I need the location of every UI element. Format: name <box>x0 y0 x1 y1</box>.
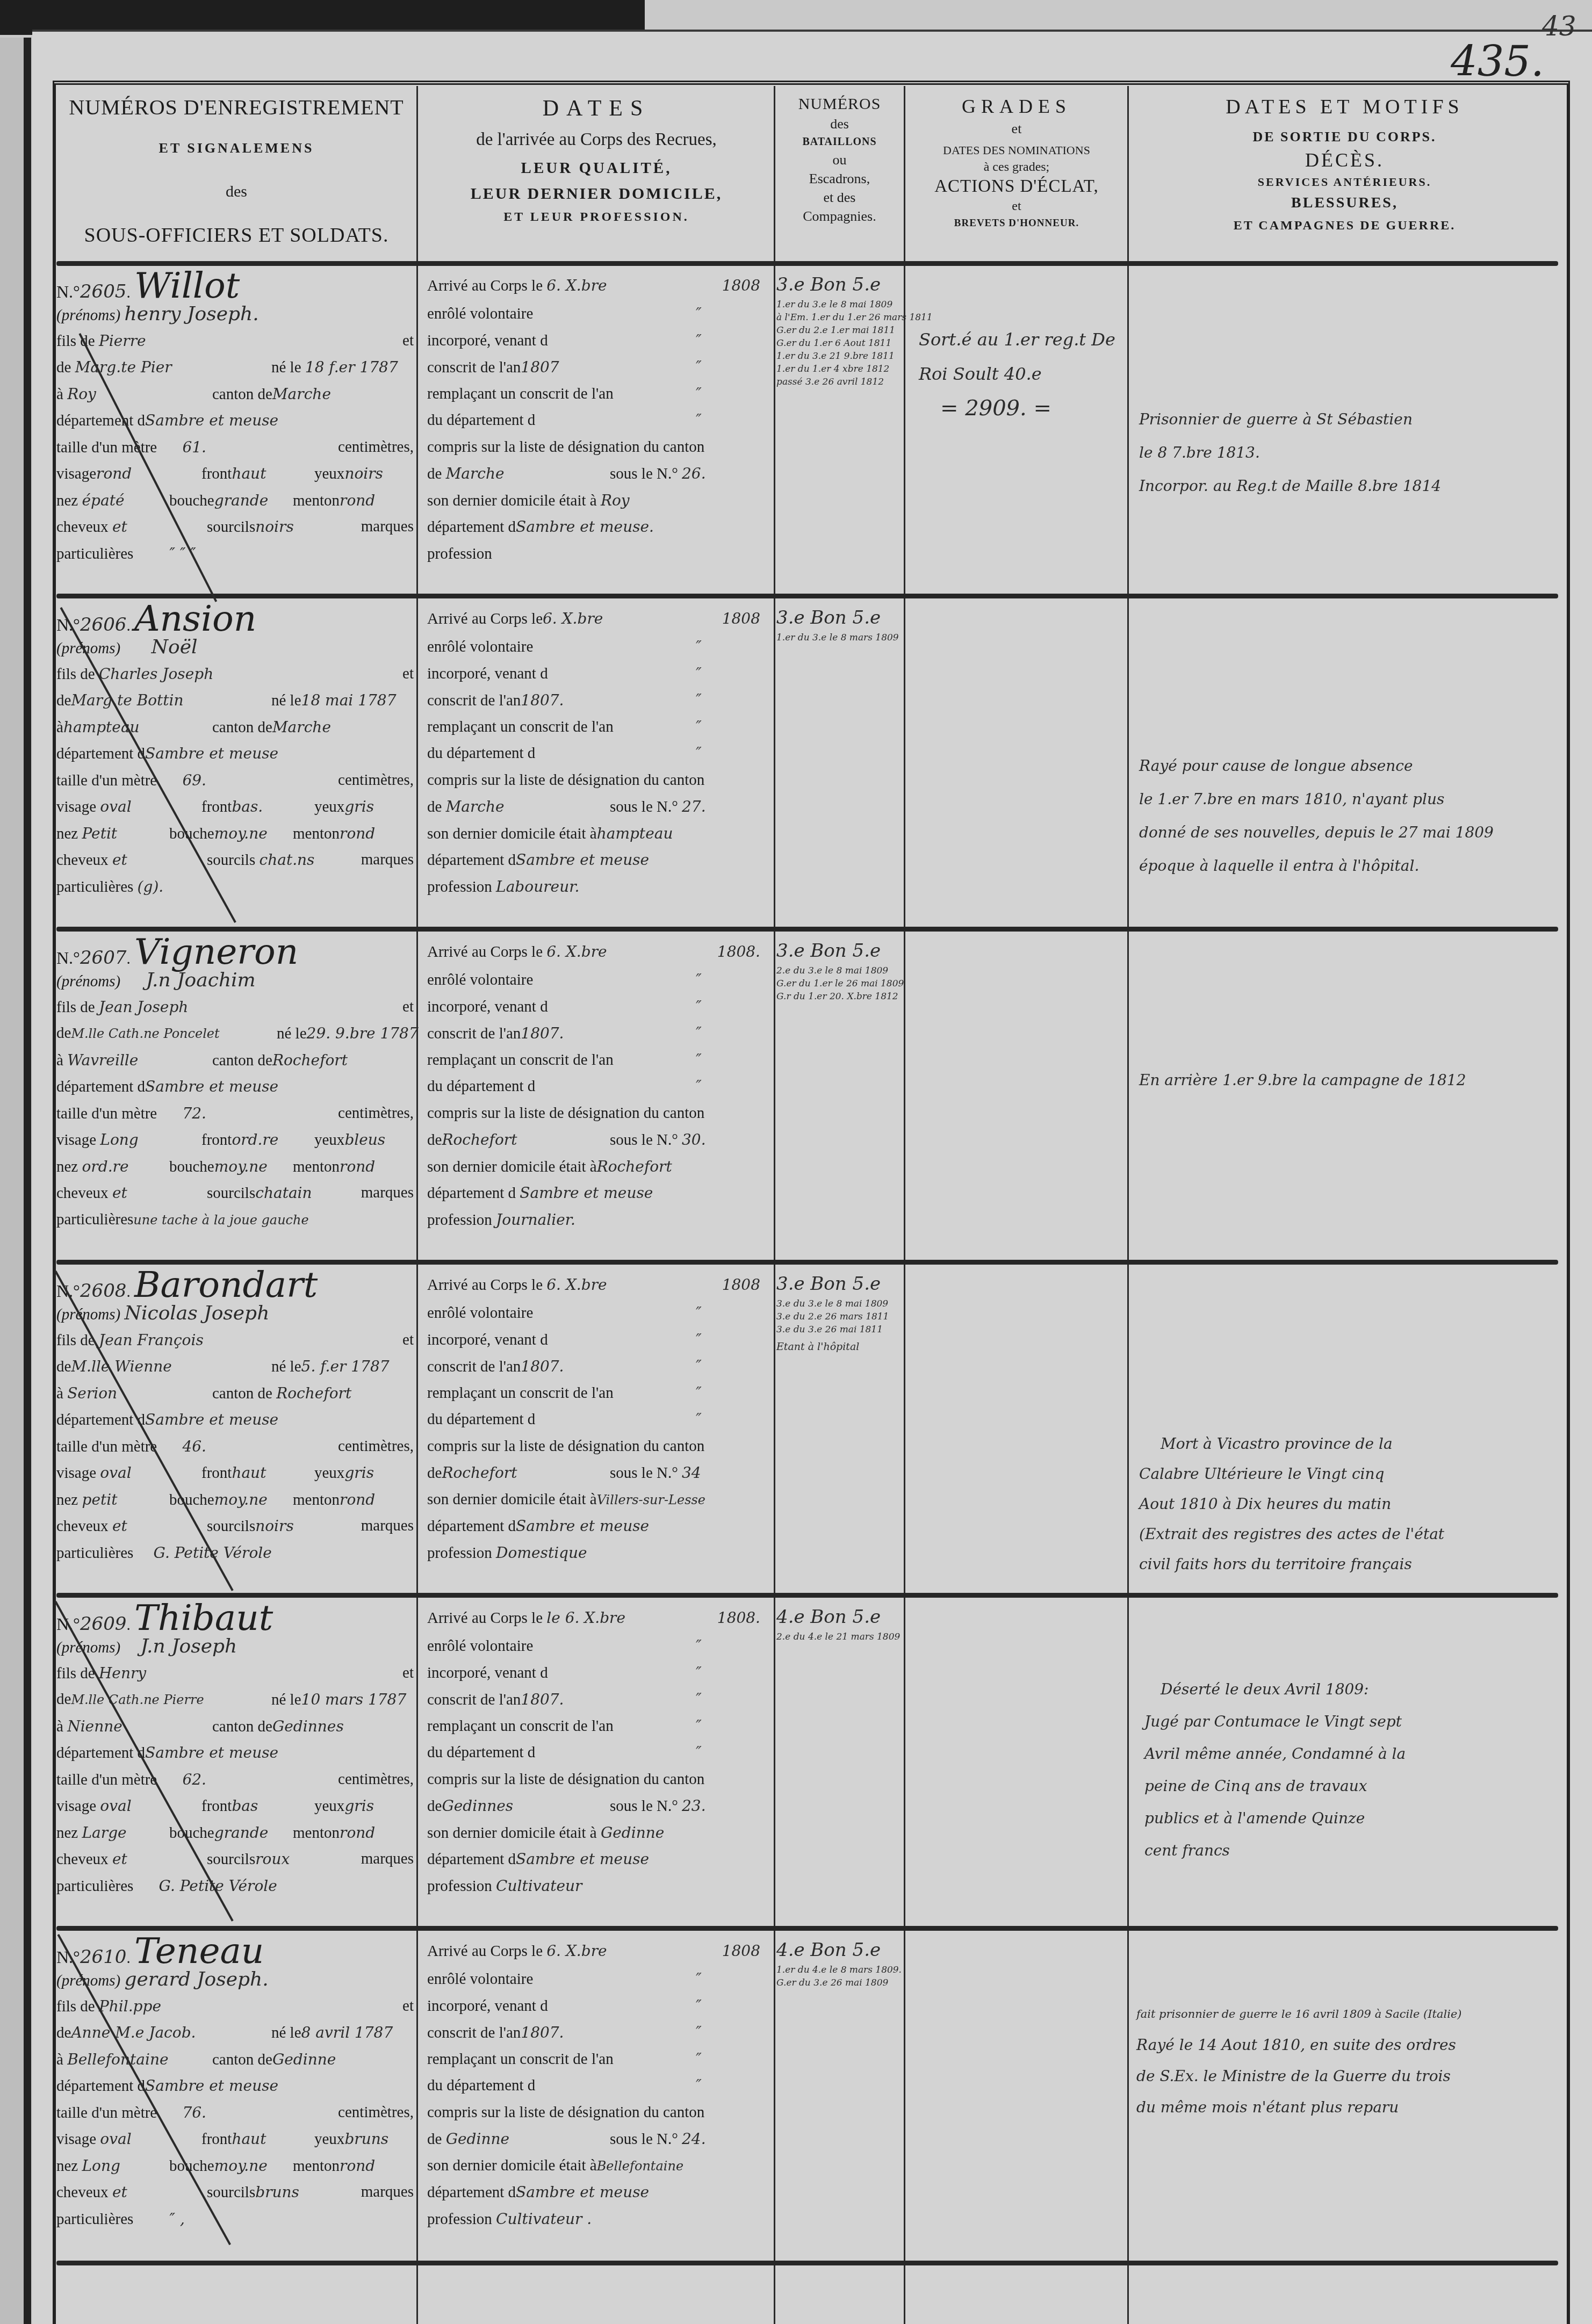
battalion-note: 1.er du 4.e le 8 mars 1809. <box>776 1964 903 1976</box>
label: yeux <box>314 1131 344 1149</box>
list-canton: Rochefort <box>442 1131 517 1149</box>
birthplace: Wavreille <box>67 1051 138 1069</box>
ditto-mark: ″ <box>696 967 702 994</box>
conscript-year: 1807. <box>521 691 564 709</box>
label: particulières <box>56 1211 133 1228</box>
face: Long <box>100 1131 138 1149</box>
face: oval <box>100 2130 131 2148</box>
label: centimètres, <box>338 434 414 461</box>
domicile-department: Sambre et meuse <box>516 1850 649 1868</box>
registration-number: 2608 <box>80 1280 127 1302</box>
eyes: gris <box>344 1797 374 1815</box>
page-number: 435. <box>1451 38 1544 86</box>
label: du département d <box>427 745 535 762</box>
entry-separator <box>56 2261 1558 2265</box>
header-text: LEUR DERNIER DOMICILE, <box>422 181 771 207</box>
label: conscrit de l'an <box>427 1025 521 1042</box>
label: front <box>201 1464 232 1482</box>
label: incorporé, venant d <box>427 1331 548 1348</box>
label: nez <box>56 825 78 842</box>
distinguishing-marks: (g). <box>138 878 164 896</box>
label: conscrit de l'an <box>427 692 521 709</box>
label: nez <box>56 492 78 509</box>
ditto-mark: ″ <box>696 1713 702 1740</box>
grade-note: = 2909. = <box>919 391 1136 425</box>
battalion-note: 3.e du 3.e le 8 mai 1809 <box>776 1297 903 1310</box>
header-text: GRADES <box>907 94 1126 119</box>
label: N.° <box>56 1281 80 1301</box>
birth-date: 18 mai 1787 <box>301 691 397 709</box>
department: Sambre et meuse <box>145 1078 278 1095</box>
label: front <box>201 465 232 482</box>
forehead: bas <box>232 1797 258 1815</box>
ditto-mark: ″ <box>696 661 702 688</box>
remark-line: (Extrait des registres des actes de l'ét… <box>1139 1519 1564 1549</box>
label: taille d'un mètre <box>56 1771 157 1788</box>
entry-separator <box>56 1926 1558 1931</box>
father-name: Pierre <box>99 332 146 350</box>
battalion-note: 3.e du 2.e 26 mars 1811 <box>776 1310 903 1323</box>
label: marques <box>361 2179 414 2206</box>
label: sous le N.° <box>610 1798 678 1815</box>
header-text: SERVICES ANTÉRIEURS. <box>1131 172 1558 191</box>
remark-line: Aout 1810 à Dix heures du matin <box>1139 1489 1564 1519</box>
remark-line: Déserté le deux Avril 1809: <box>1144 1673 1569 1706</box>
label: bouche <box>169 2157 214 2175</box>
arrival-date: le 6. X.bre <box>546 1609 625 1627</box>
label: bouche <box>169 492 214 509</box>
ditto-mark: ″ <box>696 994 702 1021</box>
label: centimètres, <box>338 2099 414 2126</box>
label: bouche <box>169 1158 214 1175</box>
label: particulières <box>56 2211 133 2228</box>
label: yeux <box>314 1464 344 1482</box>
label: Arrivé au Corps le <box>427 1276 543 1294</box>
label: enrôlé volontaire <box>427 971 533 988</box>
canton: Gedinne <box>272 2051 336 2068</box>
label: cheveux <box>56 518 109 536</box>
mother-name: M.lle Cath.ne Pierre <box>71 1692 204 1707</box>
label: et <box>402 1660 414 1687</box>
arrival-details: Arrivé au Corps le 6. X.bre1808 enrôlé v… <box>427 1934 771 2232</box>
chin: rond <box>340 1491 375 1509</box>
label: conscrit de l'an <box>427 2024 521 2041</box>
arrival-details: Arrivé au Corps le 6. X.bre1808 enrôlé v… <box>427 1268 771 1566</box>
label: de <box>56 692 71 709</box>
grade-note: Sort.é au 1.er reg.t De <box>919 322 1136 357</box>
label: N.° <box>56 948 80 968</box>
eyes: bruns <box>344 2130 388 2148</box>
header-text: à ces grades; <box>907 158 1126 176</box>
label: compris sur la liste de désignation du c… <box>427 1438 704 1455</box>
label: de <box>427 2131 442 2148</box>
father-name: Charles Joseph <box>99 665 213 683</box>
label: N.° <box>56 615 80 634</box>
remark-line: publics et à l'amende Quinze <box>1144 1802 1569 1835</box>
label: de <box>56 1024 71 1042</box>
label: particulières <box>56 878 133 896</box>
ditto-mark: ″ <box>696 1686 702 1713</box>
department: Sambre et meuse <box>145 745 278 762</box>
label: sourcils <box>207 2184 255 2201</box>
remark-line: Jugé par Contumace le Vingt sept <box>1144 1706 1569 1738</box>
label: profession <box>427 1544 492 1562</box>
label: et <box>402 661 414 688</box>
ditto-mark: ″ <box>696 1300 702 1327</box>
exit-remarks: fait prisonnier de guerre le 16 avril 18… <box>1134 1998 1561 2123</box>
conscript-year: 1807. <box>521 2024 564 2041</box>
label: de <box>427 798 442 815</box>
label: profession <box>427 1878 492 1895</box>
department: Sambre et meuse <box>145 1744 278 1762</box>
register-entry: N.°2606. Ansion (prénoms) Noël fils de C… <box>0 602 1592 924</box>
eyebrows: noirs <box>255 518 294 536</box>
battalion-note: 1.er du 3.e le 8 mai 1809 <box>776 298 903 311</box>
label: Arrivé au Corps le <box>427 277 543 294</box>
ditto-mark: ″ <box>696 687 702 714</box>
birth-date: 5. f.er 1787 <box>301 1358 390 1375</box>
label: et <box>402 1327 414 1354</box>
given-names: Noël <box>151 636 197 658</box>
label: Arrivé au Corps le <box>427 943 543 961</box>
list-canton: Marche <box>446 798 505 815</box>
label: nez <box>56 1824 78 1842</box>
label: département d <box>56 1744 145 1762</box>
label: de <box>56 2024 71 2041</box>
birth-date: 29. 9.bre 1787 <box>307 1024 419 1042</box>
canton: Marche <box>272 385 331 403</box>
remark-line: Avril même année, Condamné à la <box>1144 1738 1569 1770</box>
header-text: DÉCÈS. <box>1131 148 1558 172</box>
canton: Gedinnes <box>272 1717 344 1735</box>
conscript-year: 1807 <box>521 358 559 376</box>
header-text: ET CAMPAGNES DE GUERRE. <box>1131 215 1558 236</box>
header-text: NUMÉROS <box>776 94 903 114</box>
list-number: 30. <box>682 1131 706 1149</box>
distinguishing-marks: une tache à la joue gauche <box>133 1212 308 1228</box>
remark-line: Calabre Ultérieure le Vingt cinq <box>1139 1459 1564 1489</box>
label: du département d <box>427 1411 535 1428</box>
birthplace: Bellefontaine <box>67 2051 168 2068</box>
remark-line: peine de Cinq ans de travaux <box>1144 1770 1569 1802</box>
battalion-note: 2.e du 3.e le 8 mai 1809 <box>776 964 903 977</box>
profession: Cultivateur . <box>496 2210 592 2228</box>
label: de <box>427 1464 442 1482</box>
last-domicile: Villers-sur-Lesse <box>597 1492 705 1507</box>
father-name: Henry <box>99 1664 146 1682</box>
soldier-description: N.°2605. Willot (prénoms) henry Joseph. … <box>56 269 414 567</box>
label: marques <box>361 847 414 874</box>
ditto-mark: ″ <box>696 2019 702 2046</box>
battalion-info: 3.e Bon 5.e 3.e du 3.e le 8 mai 1809 3.e… <box>776 1271 903 1353</box>
last-domicile: Rochefort <box>597 1158 672 1175</box>
list-number: 24. <box>682 2130 706 2148</box>
face: rond <box>96 465 132 482</box>
label: enrôlé volontaire <box>427 305 533 322</box>
register-entry: N.°2609. Thibaut (prénoms) J.n Joseph fi… <box>0 1601 1592 1923</box>
label: à <box>56 1718 63 1735</box>
label: Arrivé au Corps le <box>427 1610 543 1627</box>
arrival-date: 6. X.bre <box>546 277 607 294</box>
height-cm: 69. <box>182 771 206 789</box>
label: incorporé, venant d <box>427 998 548 1015</box>
height-cm: 62. <box>182 1771 206 1788</box>
registration-number: 2605 <box>80 281 127 302</box>
remark-line: Incorpor. au Reg.t de Maille 8.bre 1814 <box>1139 470 1564 503</box>
label: incorporé, venant d <box>427 1664 548 1681</box>
battalion-info: 3.e Bon 5.e 2.e du 3.e le 8 mai 1809 G.e… <box>776 937 903 1003</box>
battalion-company: 3.e Bon 5.e <box>776 271 903 298</box>
label: nez <box>56 2157 78 2175</box>
arrival-year: 1808 <box>722 269 760 303</box>
label: sourcils <box>207 1185 255 1202</box>
list-canton: Gedinne <box>446 2130 509 2148</box>
header-text: ET LEUR PROFESSION. <box>422 207 771 227</box>
entry-separator <box>56 594 1558 598</box>
label: conscrit de l'an <box>427 359 521 376</box>
battalion-company: 3.e Bon 5.e <box>776 937 903 964</box>
label: à <box>56 719 63 736</box>
battalion-company: 3.e Bon 5.e <box>776 604 903 631</box>
eyebrows: roux <box>255 1850 290 1868</box>
battalion-note: G.er du 2.e 1.er mai 1811 <box>776 324 903 337</box>
header-text: ET SIGNALEMENS <box>59 137 414 160</box>
surname: Thibaut <box>134 1597 273 1639</box>
label: compris sur la liste de désignation du c… <box>427 1105 704 1122</box>
ditto-mark: ″ <box>696 1406 702 1433</box>
label: né le <box>271 2024 301 2041</box>
forehead: haut <box>232 2130 266 2148</box>
mother-name: Marg.te Pier <box>75 358 172 376</box>
label: enrôlé volontaire <box>427 1304 533 1322</box>
label: profession <box>427 878 492 896</box>
given-names: J.n Joachim <box>146 969 255 991</box>
label: nez <box>56 1491 78 1509</box>
ditto-mark: ″ <box>696 407 702 434</box>
label: du département d <box>427 1744 535 1761</box>
label: front <box>201 1131 232 1149</box>
registration-number: 2610 <box>80 1946 127 1968</box>
ditto-mark: ″ <box>696 1020 702 1047</box>
header-text: Compagnies. <box>776 207 903 226</box>
register-entry: N.°2605. Willot (prénoms) henry Joseph. … <box>0 269 1592 591</box>
ditto-mark: ″ <box>696 1073 702 1100</box>
header-text: et <box>907 198 1126 215</box>
label: centimètres, <box>338 1433 414 1460</box>
arrival-year: 1808 <box>722 602 760 636</box>
ditto-mark: ″ <box>696 381 702 408</box>
battalion-note: 1.er du 3.e 21 9.bre 1811 <box>776 350 903 363</box>
label: compris sur la liste de désignation du c… <box>427 1771 704 1788</box>
mother-name: Marg.te Bottin <box>71 691 183 709</box>
forehead: ord.re <box>232 1131 278 1149</box>
label: canton de <box>212 719 272 736</box>
given-names: J.n Joseph <box>140 1635 237 1657</box>
nose: ord.re <box>82 1158 129 1175</box>
battalion-note: 1.er du 3.e le 8 mars 1809 <box>776 631 903 644</box>
exit-remarks: Rayé pour cause de longue absence le 1.e… <box>1134 749 1564 883</box>
header-col-exit: DATES ET MOTIFS DE SORTIE DU CORPS. DÉCÈ… <box>1131 94 1558 258</box>
battalion-note: G.r du 1.er 20. X.bre 1812 <box>776 990 903 1003</box>
label: et <box>402 1993 414 2020</box>
label: né le <box>277 1025 307 1042</box>
label: département d <box>427 518 516 536</box>
birthplace: Serion <box>67 1384 117 1402</box>
label: marques <box>361 1846 414 1873</box>
header-rule <box>56 261 1558 266</box>
battalion-note: à l'Em. 1.er du 1.er 26 mars 1811 <box>776 311 903 324</box>
remark-line: fait prisonnier de guerre le 16 avril 18… <box>1136 1998 1561 2030</box>
label: marques <box>361 514 414 540</box>
profession: Cultivateur <box>496 1877 582 1895</box>
label: son dernier domicile était à <box>427 1824 597 1842</box>
registration-number: 2609 <box>80 1613 127 1635</box>
label: département d <box>56 1078 145 1095</box>
arrival-details: Arrivé au Corps le6. X.bre1808 enrôlé vo… <box>427 602 771 900</box>
register-entry: N.°2610. Teneau (prénoms) gerard Joseph.… <box>0 1934 1592 2256</box>
label: visage <box>56 1798 96 1815</box>
label: marques <box>361 1513 414 1540</box>
nose: Long <box>82 2157 120 2175</box>
header-text: de l'arrivée au Corps des Recrues, <box>422 128 771 152</box>
given-names: henry Joseph. <box>124 303 258 325</box>
header-text: SOUS-OFFICIERS ET SOLDATS. <box>59 223 414 249</box>
label: fils de <box>56 1665 95 1682</box>
forehead: bas. <box>232 798 263 815</box>
conscript-year: 1807. <box>521 1691 564 1708</box>
father-name: Jean François <box>99 1331 204 1349</box>
arrival-date: 6. X.bre <box>543 610 603 627</box>
given-names: gerard Joseph. <box>124 1968 268 1990</box>
label: remplaçant un conscrit de l'an <box>427 385 614 402</box>
eyes: bleus <box>344 1131 385 1149</box>
label: département d <box>56 745 145 762</box>
label: compris sur la liste de désignation du c… <box>427 2104 704 2121</box>
birthplace: Roy <box>67 385 96 403</box>
label: marques <box>361 1180 414 1207</box>
exit-remarks: Mort à Vicastro province de la Calabre U… <box>1134 1429 1564 1579</box>
battalion-company: 4.e Bon 5.e <box>776 1604 903 1630</box>
label: visage <box>56 465 96 482</box>
label: né le <box>271 359 301 376</box>
header-col-dates: DATES de l'arrivée au Corps des Recrues,… <box>422 94 771 258</box>
label: sous le N.° <box>610 798 678 815</box>
eyebrows: noirs <box>255 1517 294 1535</box>
label: fils de <box>56 666 95 683</box>
label: bouche <box>169 1491 214 1509</box>
label: à <box>56 1052 63 1069</box>
remark-line: En arrière 1.er 9.bre la campagne de 181… <box>1139 1064 1564 1097</box>
forehead: haut <box>232 1464 266 1482</box>
battalion-note: Etant à l'hôpital <box>776 1340 903 1353</box>
mother-name: M.lle Cath.ne Poncelet <box>71 1026 219 1041</box>
header-text: BATAILLONS <box>776 133 903 150</box>
battalion-note: 2.e du 4.e le 21 mars 1809 <box>776 1630 903 1643</box>
label: (prénoms) <box>56 1639 120 1656</box>
eyes: gris <box>344 798 374 815</box>
mouth: grande <box>214 492 269 509</box>
label: canton de <box>212 1385 272 1402</box>
battalion-note: G.er du 3.e 26 mai 1809 <box>776 1976 903 1989</box>
register-entry: N.°2607. Vigneron (prénoms) J.n Joachim … <box>0 935 1592 1257</box>
soldier-description: N.°2610. Teneau (prénoms) gerard Joseph.… <box>56 1934 414 2232</box>
list-canton: Marche <box>446 465 505 482</box>
mouth: moy.ne <box>214 2157 268 2175</box>
label: profession <box>427 2211 492 2228</box>
battalion-note: 3.e du 3.e 26 mai 1811 <box>776 1323 903 1336</box>
eyebrows: chatain <box>255 1184 312 1202</box>
label: incorporé, venant d <box>427 332 548 349</box>
list-number: 26. <box>682 465 706 482</box>
last-domicile: Bellefontaine <box>597 2159 683 2174</box>
header-text: des <box>776 114 903 133</box>
corner-page-number: 43 <box>1542 11 1576 42</box>
label: département d <box>56 1411 145 1428</box>
label: menton <box>293 1824 340 1842</box>
eyes: noirs <box>344 465 383 482</box>
birth-date: 10 mars 1787 <box>301 1691 407 1708</box>
mouth: moy.ne <box>214 1158 268 1175</box>
profession: Domestique <box>496 1544 587 1562</box>
remark-line: du même mois n'étant plus reparu <box>1136 2092 1561 2123</box>
label: de <box>56 359 71 376</box>
header-col-registration: NUMÉROS D'ENREGISTREMENT ET SIGNALEMENS … <box>59 94 414 258</box>
label: remplaçant un conscrit de l'an <box>427 2051 614 2068</box>
ditto-mark: ″ <box>696 301 702 328</box>
ditto-mark: ″ <box>696 2046 702 2073</box>
label: centimètres, <box>338 1766 414 1793</box>
battalion-info: 4.e Bon 5.e 2.e du 4.e le 21 mars 1809 <box>776 1604 903 1643</box>
battalion-company: 4.e Bon 5.e <box>776 1937 903 1964</box>
label: et <box>402 328 414 355</box>
surname: Teneau <box>134 1930 264 1972</box>
remark-line: de S.Ex. le Ministre de la Guerre du tro… <box>1136 2061 1561 2092</box>
remark-line: époque à laquelle il entra à l'hôpital. <box>1139 849 1564 883</box>
label: canton de <box>212 1052 272 1069</box>
grades-info: Sort.é au 1.er reg.t De Roi Soult 40.e =… <box>908 322 1136 425</box>
entry-separator <box>56 1593 1558 1598</box>
label: profession <box>427 1211 492 1229</box>
arrival-year: 1808. <box>717 935 760 969</box>
battalion-note: 1.er du 1.er 4 xbre 1812 <box>776 363 903 376</box>
ditto-mark: ″ <box>696 1353 702 1380</box>
hair: et <box>112 2183 127 2201</box>
label: département d <box>427 1851 516 1868</box>
mother-name: Anne M.e Jacob. <box>71 2024 196 2041</box>
label: profession <box>427 545 492 562</box>
label: enrôlé volontaire <box>427 1971 533 1988</box>
mouth: grande <box>214 1824 269 1842</box>
chin: rond <box>340 2157 375 2175</box>
label: compris sur la liste de désignation du c… <box>427 438 704 456</box>
profession: Journalier. <box>496 1211 575 1229</box>
remark-line: Mort à Vicastro province de la <box>1139 1429 1564 1459</box>
label: (prénoms) <box>56 1306 120 1323</box>
label: taille d'un mètre <box>56 2104 157 2121</box>
battalion-company: 3.e Bon 5.e <box>776 1271 903 1297</box>
label: sourcils <box>207 851 255 869</box>
label: enrôlé volontaire <box>427 1637 533 1655</box>
arrival-details: Arrivé au Corps le 6. X.bre1808 enrôlé v… <box>427 269 771 567</box>
height-cm: 76. <box>182 2104 206 2121</box>
label: à <box>56 2051 63 2068</box>
label: fils de <box>56 1998 95 2015</box>
label: menton <box>293 825 340 842</box>
label: né le <box>271 1691 301 1708</box>
ditto-mark: ″ <box>696 2073 702 2099</box>
battalion-note: passé 3.e 26 avril 1812 <box>776 376 903 388</box>
eyes: gris <box>344 1464 374 1482</box>
